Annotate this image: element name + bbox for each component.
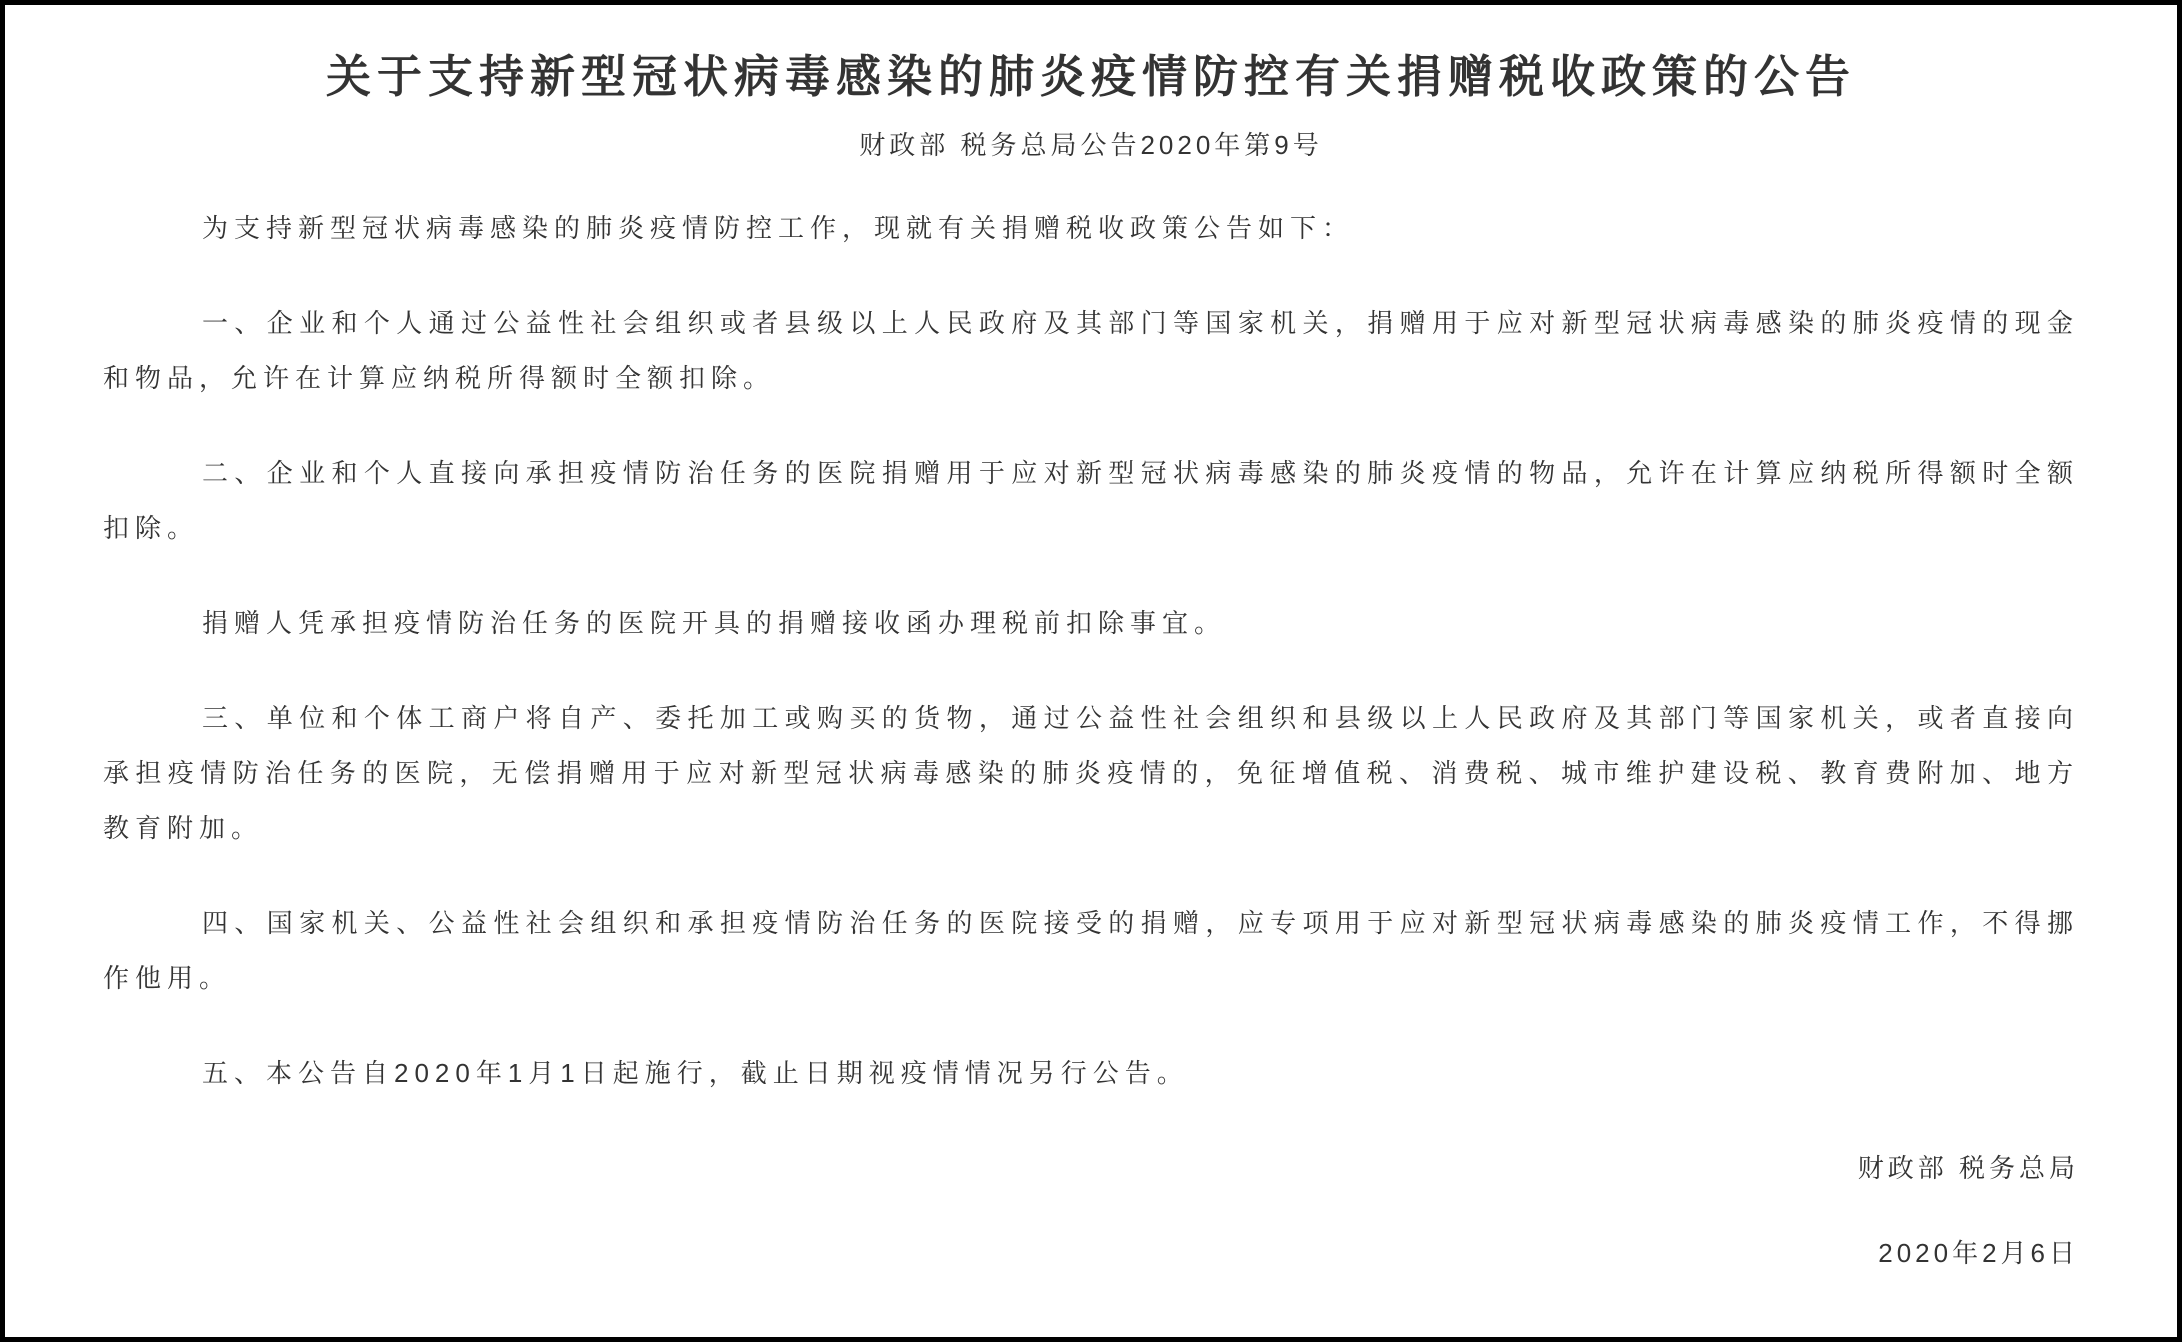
document-page: 关于支持新型冠状病毒感染的肺炎疫情防控有关捐赠税收政策的公告 财政部 税务总局公… <box>0 0 2182 1342</box>
document-title: 关于支持新型冠状病毒感染的肺炎疫情防控有关捐赠税收政策的公告 <box>103 50 2079 104</box>
paragraph-item-2: 二、企业和个人直接向承担疫情防治任务的医院捐赠用于应对新型冠状病毒感染的肺炎疫情… <box>103 446 2079 556</box>
paragraph-intro: 为支持新型冠状病毒感染的肺炎疫情防控工作，现就有关捐赠税收政策公告如下： <box>103 201 2079 256</box>
document-content: 关于支持新型冠状病毒感染的肺炎疫情防控有关捐赠税收政策的公告 财政部 税务总局公… <box>5 50 2177 1281</box>
date: 2020年2月6日 <box>103 1226 2079 1281</box>
paragraph-item-1: 一、企业和个人通过公益性社会组织或者县级以上人民政府及其部门等国家机关，捐赠用于… <box>103 296 2079 406</box>
signature-block: 财政部 税务总局 2020年2月6日 <box>103 1141 2079 1281</box>
document-body: 为支持新型冠状病毒感染的肺炎疫情防控工作，现就有关捐赠税收政策公告如下： 一、企… <box>103 201 2079 1101</box>
document-number: 财政部 税务总局公告2020年第9号 <box>103 130 2079 161</box>
paragraph-item-4: 四、国家机关、公益性社会组织和承担疫情防治任务的医院接受的捐赠，应专项用于应对新… <box>103 896 2079 1006</box>
signature: 财政部 税务总局 <box>103 1141 2079 1196</box>
paragraph-item-5: 五、本公告自2020年1月1日起施行，截止日期视疫情情况另行公告。 <box>103 1046 2079 1101</box>
paragraph-item-2-note: 捐赠人凭承担疫情防治任务的医院开具的捐赠接收函办理税前扣除事宜。 <box>103 596 2079 651</box>
paragraph-item-3: 三、单位和个体工商户将自产、委托加工或购买的货物，通过公益性社会组织和县级以上人… <box>103 691 2079 856</box>
